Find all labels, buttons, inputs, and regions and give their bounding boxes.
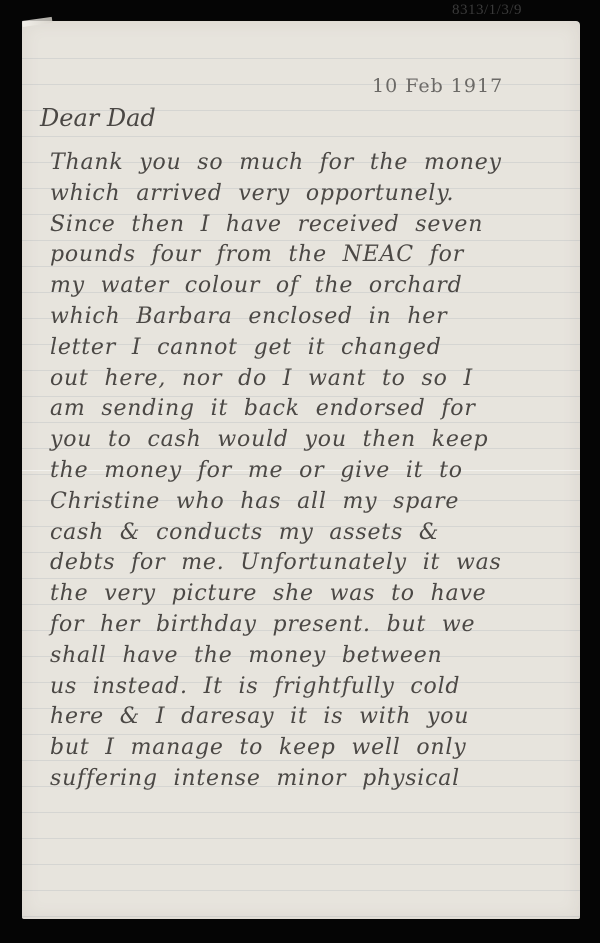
letter-line: Thank you so much for the money xyxy=(50,148,570,179)
letter-line: out here, nor do I want to so I xyxy=(50,364,570,395)
letter-line: letter I cannot get it changed xyxy=(50,333,570,364)
letter-date: 10 Feb 1917 xyxy=(372,75,503,97)
letter-line: us instead. It is frightfully cold xyxy=(50,672,570,703)
letter-line: my water colour of the orchard xyxy=(50,271,570,302)
letter-line: shall have the money between xyxy=(50,641,570,672)
letter-line: pounds four from the NEAC for xyxy=(50,240,570,271)
letter-body: Thank you so much for the money which ar… xyxy=(50,148,570,795)
letter-line: here & I daresay it is with you xyxy=(50,702,570,733)
letter-line: you to cash would you then keep xyxy=(50,425,570,456)
letter-line: which Barbara enclosed in her xyxy=(50,302,570,333)
archive-reference-number: 8313/1/3/9 xyxy=(452,2,572,22)
letter-line: am sending it back endorsed for xyxy=(50,394,570,425)
letter-line: Since then I have received seven xyxy=(50,210,570,241)
letter-line: Christine who has all my spare xyxy=(50,487,570,518)
letter-line: but I manage to keep well only xyxy=(50,733,570,764)
letter-line: which arrived very opportunely. xyxy=(50,179,570,210)
letter-line: the very picture she was to have xyxy=(50,579,570,610)
letter-line: for her birthday present. but we xyxy=(50,610,570,641)
letter-line: suffering intense minor physical xyxy=(50,764,570,795)
letter-line: cash & conducts my assets & xyxy=(50,518,570,549)
letter-line: the money for me or give it to xyxy=(50,456,570,487)
letter-line: debts for me. Unfortunately it was xyxy=(50,548,570,579)
letter-salutation: Dear Dad xyxy=(40,104,156,132)
